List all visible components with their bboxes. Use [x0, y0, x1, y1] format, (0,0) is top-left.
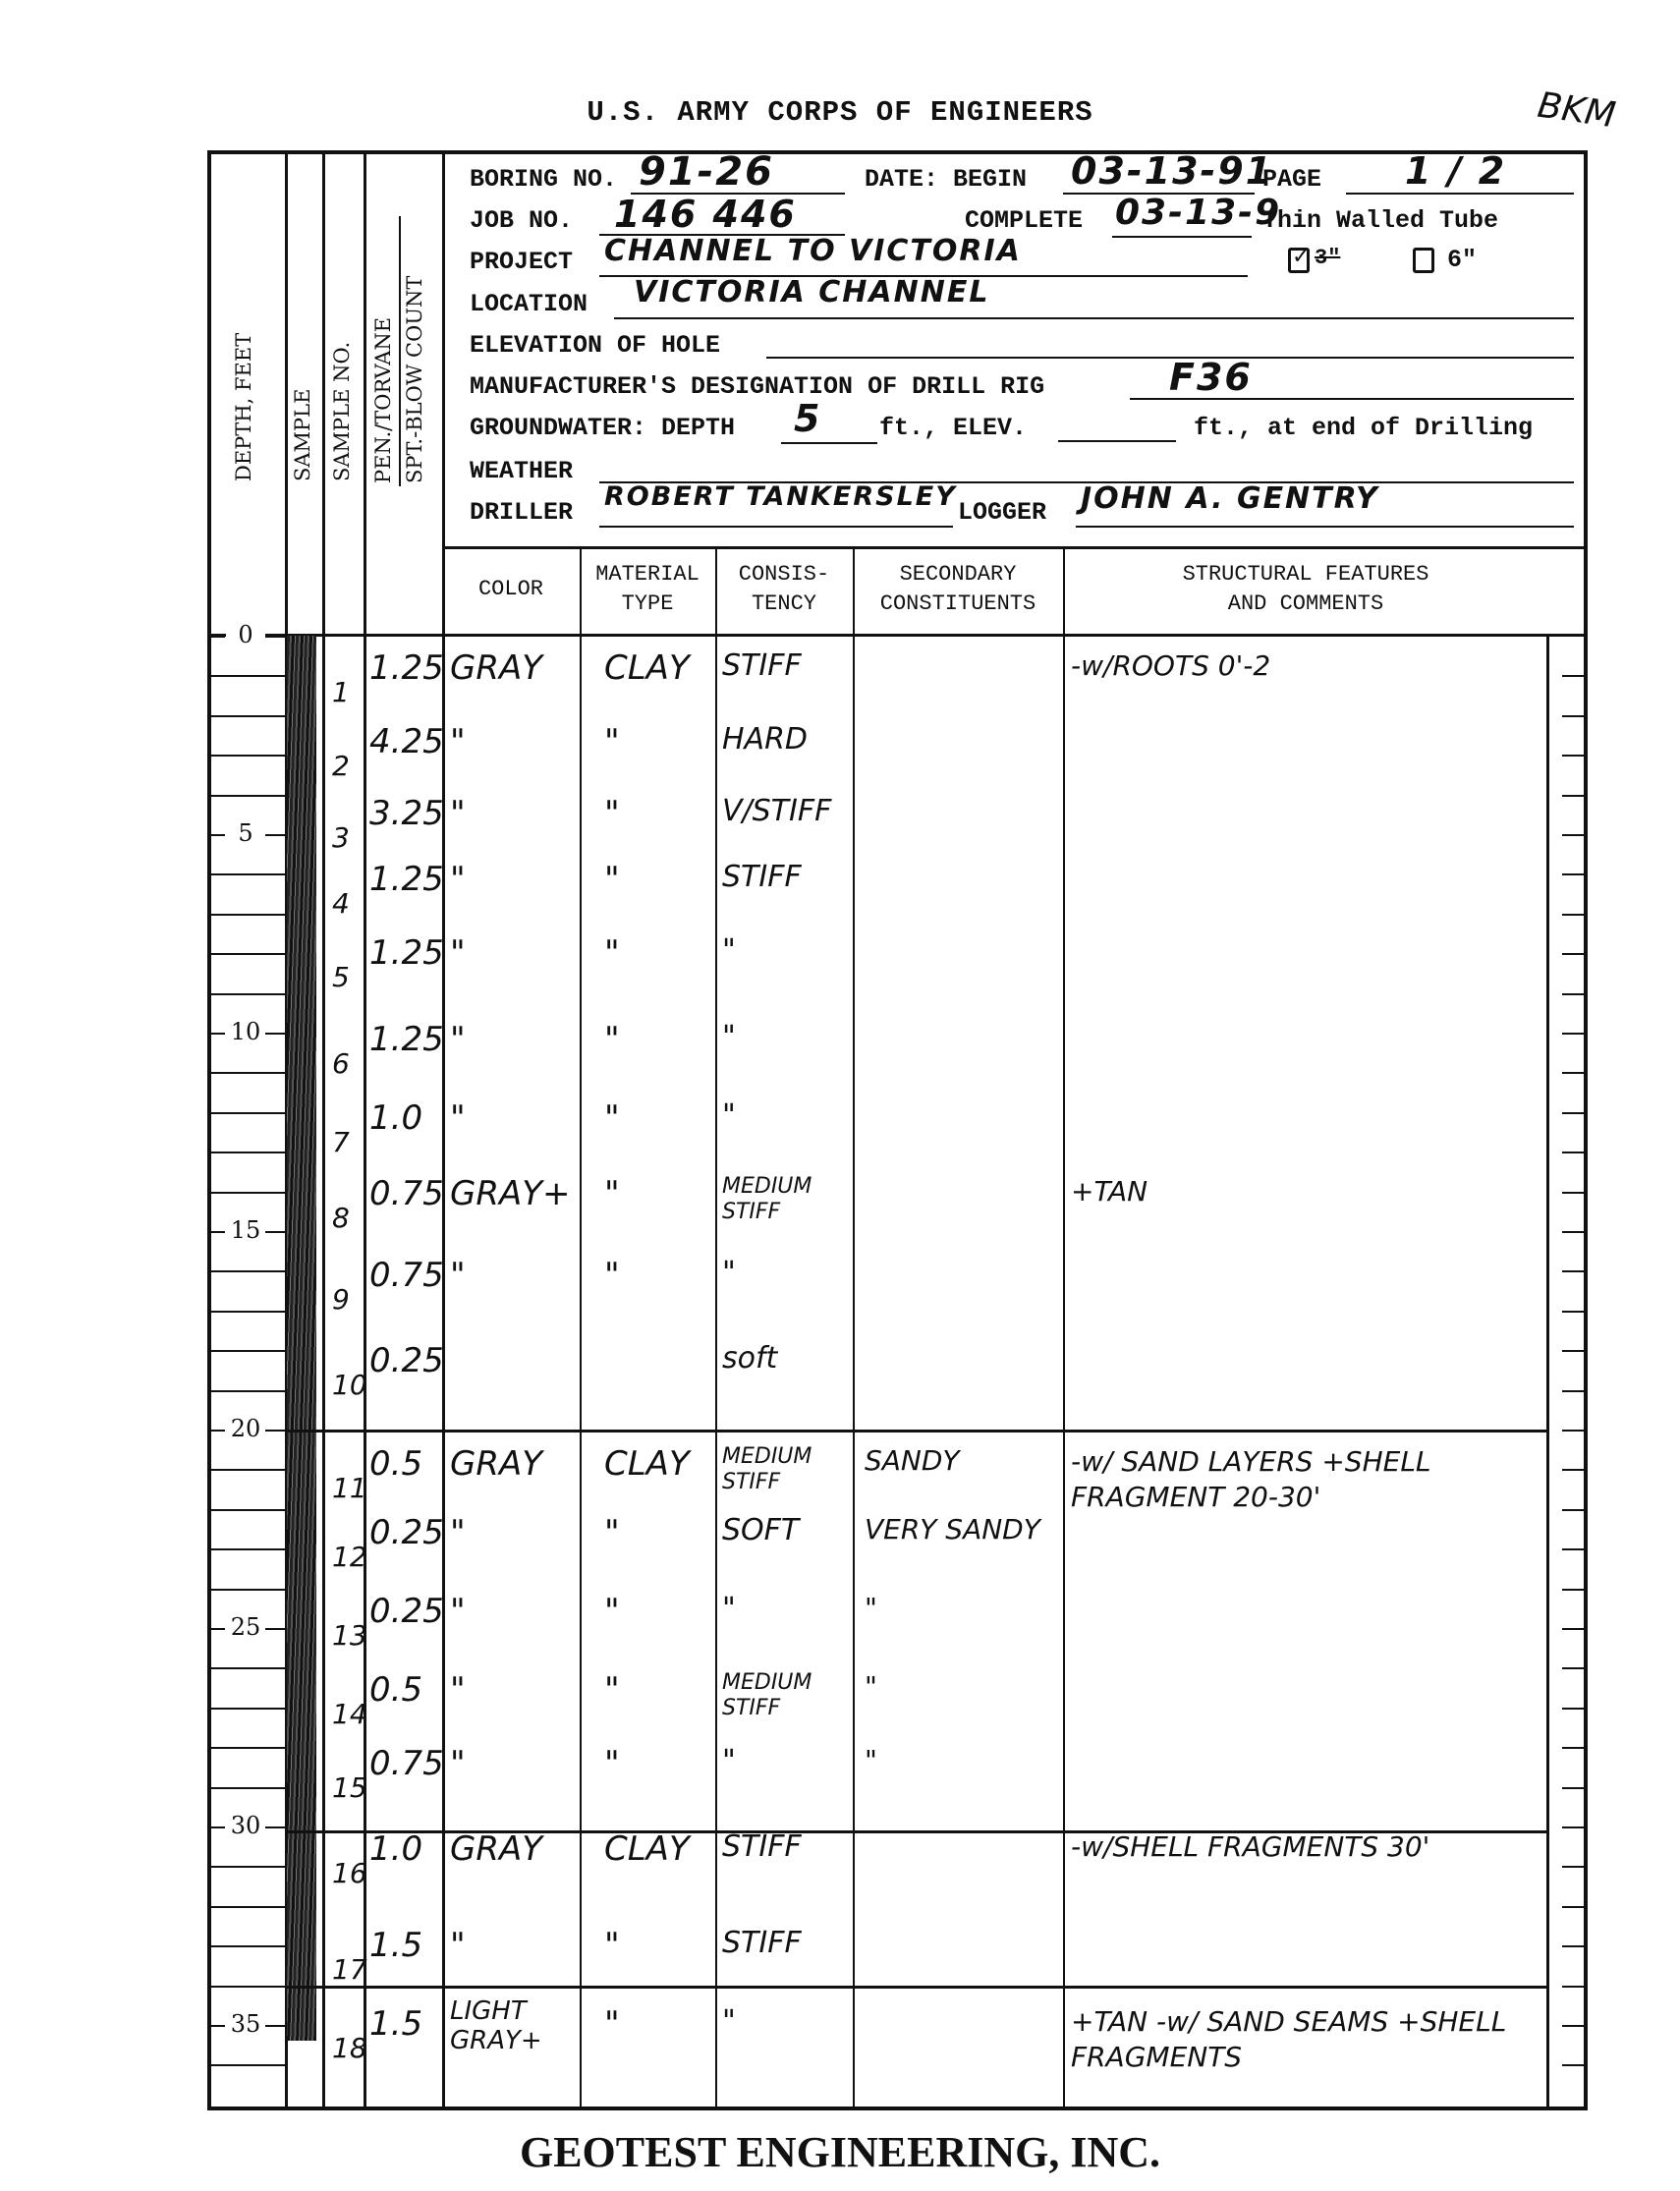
location-underline [614, 317, 1574, 319]
sample-number: 2 [332, 750, 350, 782]
color-value[interactable]: GRAY [450, 1444, 542, 1484]
sample-number: 4 [332, 887, 350, 920]
depth-major-tick [265, 834, 285, 836]
weather-label: WEATHER [470, 457, 573, 485]
pen-value[interactable]: 1.25 [369, 648, 444, 688]
right-scale-tick [1562, 2064, 1588, 2066]
depth-major-tick [265, 2025, 285, 2027]
depth-tick [209, 715, 285, 717]
col-header-comments: STRUCTURAL FEATURES AND COMMENTS [1065, 560, 1546, 619]
secondary-value[interactable]: " [865, 1744, 877, 1776]
date-begin-label: DATE: BEGIN [865, 165, 1027, 194]
right-scale-tick [1562, 1311, 1588, 1313]
right-scale-tick [1562, 914, 1588, 916]
pen-value[interactable]: 0.25 [369, 1592, 444, 1631]
right-scale-tick [1562, 834, 1588, 836]
color-value[interactable]: " [450, 1926, 466, 1965]
comments-value[interactable]: -w/ROOTS 0'-2 [1071, 648, 1533, 684]
color-value[interactable]: " [450, 1020, 466, 1059]
material-value[interactable]: " [604, 860, 620, 899]
company-footer: GEOTEST ENGINEERING, INC. [0, 2127, 1680, 2177]
right-scale-tick [1562, 1270, 1588, 1272]
secondary-value[interactable]: SANDY [865, 1444, 960, 1477]
right-scale-tick [1562, 1350, 1588, 1352]
sample-number: 13 [332, 1619, 367, 1652]
pen-value[interactable]: 1.25 [369, 1020, 444, 1059]
boring-no-label: BORING NO. [470, 165, 617, 194]
location-label: LOCATION [470, 290, 588, 318]
depth-tick [209, 1192, 285, 1194]
depth-label: 30 [226, 1812, 265, 1839]
divider-color-material [580, 546, 582, 2110]
material-value[interactable]: " [604, 1926, 620, 1965]
consistency-value[interactable]: STIFF [722, 1829, 802, 1864]
sample-number: 12 [332, 1541, 367, 1573]
sample-column-header: SAMPLE [291, 389, 314, 481]
depth-tick [209, 1747, 285, 1749]
spt-blow-count-header: SPT.-BLOW COUNT [403, 276, 426, 483]
driller-underline [599, 526, 953, 528]
complete-label: COMPLETE [965, 206, 1083, 235]
right-scale-tick [1562, 795, 1588, 797]
depth-tick [209, 2064, 285, 2066]
consistency-value[interactable]: " [722, 933, 736, 968]
depth-major-tick [209, 834, 225, 836]
material-value[interactable]: " [604, 794, 620, 833]
col-header-consistency-line1: CONSIS- [717, 560, 851, 590]
color-value[interactable]: " [450, 1592, 466, 1631]
stratum-boundary [285, 1430, 1546, 1433]
depth-label: 0 [226, 621, 265, 648]
logger-value[interactable]: JOHN A. GENTRY [1081, 481, 1379, 516]
material-value[interactable]: CLAY [604, 1444, 690, 1484]
divider-right-scale [1546, 634, 1549, 2110]
col-header-secondary-line1: SECONDARY [855, 560, 1061, 590]
material-value[interactable]: " [604, 1670, 620, 1710]
sample-number: 14 [332, 1698, 367, 1730]
consistency-value[interactable]: HARD [722, 722, 808, 757]
color-value[interactable]: " [450, 722, 466, 761]
depth-major-tick [209, 1826, 225, 1828]
consistency-value[interactable]: SOFT [722, 1513, 799, 1547]
logger-underline [1076, 526, 1574, 528]
depth-major-tick [209, 636, 225, 638]
depth-major-tick [265, 636, 285, 638]
header-row-top [442, 546, 1588, 549]
consistency-value[interactable]: " [722, 1256, 736, 1290]
right-scale-tick [1562, 993, 1588, 995]
right-scale-tick [1562, 1192, 1588, 1194]
pen-value[interactable]: 0.75 [369, 1174, 444, 1213]
job-no-value[interactable]: 146 446 [614, 193, 797, 236]
consistency-value[interactable]: MEDIUM STIFF [722, 1444, 855, 1495]
color-value[interactable]: " [450, 933, 466, 973]
sample-number: 10 [332, 1369, 367, 1401]
location-value[interactable]: VICTORIA CHANNEL [634, 275, 989, 309]
divider-secondary-comments [1063, 546, 1065, 2110]
col-header-material-line2: TYPE [582, 590, 713, 619]
material-value[interactable]: " [604, 1098, 620, 1138]
consistency-value[interactable]: STIFF [722, 860, 802, 894]
tube-6in-label: 6" [1447, 246, 1477, 274]
depth-major-tick [209, 1628, 225, 1630]
depth-major-tick [265, 1231, 285, 1233]
depth-tick [209, 1152, 285, 1153]
divider-pen-main [442, 150, 445, 2110]
drill-rig-value[interactable]: F36 [1169, 356, 1253, 399]
elevation-label: ELEVATION OF HOLE [470, 331, 720, 360]
groundwater-label: GROUNDWATER: DEPTH [470, 414, 735, 442]
right-scale-tick [1562, 1708, 1588, 1710]
depth-tick [209, 1589, 285, 1591]
sample-number: 5 [332, 961, 350, 993]
sample-number: 7 [332, 1126, 350, 1158]
sample-number: 1 [332, 676, 350, 708]
pen-value[interactable]: 1.5 [369, 2004, 422, 2044]
depth-tick [209, 1390, 285, 1392]
tube-6in-checkbox[interactable] [1413, 248, 1434, 273]
depth-major-tick [265, 1628, 285, 1630]
depth-major-tick [209, 1430, 225, 1432]
depth-major-tick [209, 1033, 225, 1035]
color-value[interactable]: GRAY+ [450, 1174, 571, 1213]
consistency-value[interactable]: soft [722, 1341, 777, 1376]
driller-value[interactable]: ROBERT TANKERSLEY [604, 481, 957, 512]
col-header-color: COLOR [444, 575, 578, 604]
depth-major-tick [209, 1231, 225, 1233]
right-scale-tick [1562, 715, 1588, 717]
right-scale-tick [1562, 1231, 1588, 1233]
sample-number: 15 [332, 1771, 367, 1804]
col-header-comments-line1: STRUCTURAL FEATURES [1065, 560, 1546, 590]
material-value[interactable]: " [604, 1513, 620, 1552]
divider-sample-sampleno [322, 150, 325, 2110]
depth-tick [209, 1787, 285, 1789]
right-scale-tick [1562, 1430, 1588, 1432]
depth-tick [209, 755, 285, 757]
col-header-consistency-line2: TENCY [717, 590, 851, 619]
consistency-value[interactable]: STIFF [722, 648, 802, 683]
complete-value[interactable]: 03-13-9 [1115, 193, 1281, 233]
depth-label: 35 [226, 2010, 265, 2038]
sample-number: 3 [332, 821, 350, 854]
sample-no-column-header: SAMPLE NO. [330, 342, 354, 481]
depth-tick [209, 1548, 285, 1550]
right-scale-tick [1562, 1509, 1588, 1511]
material-value[interactable]: " [604, 722, 620, 761]
agency-title: U.S. ARMY CORPS OF ENGINEERS [0, 96, 1680, 129]
depth-tick [209, 1311, 285, 1313]
depth-tick [209, 1906, 285, 1908]
color-value[interactable]: LIGHT GRAY+ [450, 1996, 578, 2055]
pen-value[interactable]: 0.5 [369, 1670, 422, 1710]
material-value[interactable]: " [604, 1592, 620, 1631]
depth-major-tick [209, 2025, 225, 2027]
pen-value[interactable]: 0.25 [369, 1341, 444, 1380]
driller-label: DRILLER [470, 498, 573, 527]
consistency-value[interactable]: " [722, 1098, 736, 1133]
col-header-comments-line2: AND COMMENTS [1065, 590, 1546, 619]
pen-value[interactable]: 0.25 [369, 1513, 444, 1552]
consistency-value[interactable]: STIFF [722, 1926, 802, 1960]
depth-column-header: DEPTH, FEET [232, 333, 255, 481]
job-no-label: JOB NO. [470, 206, 573, 235]
depth-tick [209, 953, 285, 955]
divider-sampleno-pen [364, 150, 366, 2110]
color-value[interactable]: " [450, 1513, 466, 1552]
right-scale-tick [1562, 675, 1588, 677]
color-value[interactable]: " [450, 1670, 466, 1710]
tube-3in-checkbox[interactable]: ✓ [1288, 248, 1310, 273]
drill-rig-underline [1130, 398, 1574, 400]
consistency-value[interactable]: " [722, 1592, 736, 1626]
sample-number: 8 [332, 1202, 350, 1234]
page-value[interactable]: 1 / 2 [1405, 149, 1506, 193]
color-value[interactable]: GRAY [450, 648, 542, 688]
logger-label: LOGGER [958, 498, 1046, 527]
depth-label: 20 [226, 1415, 265, 1442]
sample-number: 17 [332, 1953, 367, 1986]
stratum-boundary [285, 1986, 1546, 1989]
material-value[interactable]: CLAY [604, 648, 690, 688]
right-scale-tick [1562, 1589, 1588, 1591]
right-scale-tick [1562, 1986, 1588, 1988]
pen-value[interactable]: 1.5 [369, 1926, 422, 1965]
divider-material-consistency [715, 546, 717, 2110]
material-value[interactable]: " [604, 2004, 620, 2044]
depth-label: 15 [226, 1216, 265, 1244]
consistency-value[interactable]: V/STIFF [722, 794, 831, 828]
material-value[interactable]: " [604, 1744, 620, 1783]
col-header-material: MATERIAL TYPE [582, 560, 713, 619]
depth-tick [209, 873, 285, 875]
material-value[interactable]: " [604, 933, 620, 973]
boring-no-value[interactable]: 91-26 [639, 149, 774, 195]
right-scale-tick [1562, 873, 1588, 875]
depth-label: 5 [226, 819, 265, 847]
right-scale-tick [1562, 1112, 1588, 1114]
depth-tick [209, 1469, 285, 1471]
pen-value[interactable]: 0.75 [369, 1256, 444, 1295]
pen-spt-divider [399, 216, 401, 486]
project-label: PROJECT [470, 248, 573, 276]
right-scale-tick [1562, 1072, 1588, 1074]
groundwater-depth-value[interactable]: 5 [794, 397, 821, 440]
pen-torvane-header: PEN./TORVANE [371, 317, 395, 483]
date-begin-value[interactable]: 03-13-91 [1071, 149, 1273, 193]
col-header-consistency: CONSIS- TENCY [717, 560, 851, 619]
col-header-secondary-line2: CONSTITUENTS [855, 590, 1061, 619]
depth-major-tick [265, 1033, 285, 1035]
right-scale-tick [1562, 755, 1588, 757]
right-scale-tick [1562, 2025, 1588, 2027]
right-scale-tick [1562, 1628, 1588, 1630]
right-scale-tick [1562, 953, 1588, 955]
col-header-secondary: SECONDARY CONSTITUENTS [855, 560, 1061, 619]
color-value[interactable]: GRAY [450, 1829, 542, 1869]
right-scale-tick [1562, 1747, 1588, 1749]
pen-value[interactable]: 0.5 [369, 1444, 422, 1484]
depth-major-tick [265, 1826, 285, 1828]
comments-value[interactable]: -w/ SAND LAYERS +SHELL FRAGMENT 20-30' [1071, 1444, 1533, 1515]
depth-tick [209, 1270, 285, 1272]
comments-value[interactable]: -w/SHELL FRAGMENTS 30' [1071, 1829, 1533, 1865]
depth-tick [209, 993, 285, 995]
consistency-value[interactable]: " [722, 1020, 736, 1054]
page-underline [1346, 193, 1574, 195]
comments-value[interactable]: +TAN [1071, 1174, 1533, 1209]
tube-3in-label: 3" [1315, 246, 1340, 270]
depth-tick [209, 1350, 285, 1352]
depth-tick [209, 795, 285, 797]
depth-tick [209, 1866, 285, 1868]
consistency-value[interactable]: " [722, 1744, 736, 1778]
right-scale-tick [1562, 1390, 1588, 1392]
secondary-value[interactable]: " [865, 1670, 877, 1703]
pen-value[interactable]: 0.75 [369, 1744, 444, 1783]
right-scale-tick [1562, 1667, 1588, 1669]
comments-value[interactable]: +TAN -w/ SAND SEAMS +SHELL FRAGMENTS [1071, 2004, 1533, 2075]
depth-label: 25 [226, 1613, 265, 1641]
color-value[interactable]: " [450, 1744, 466, 1783]
sample-number: 9 [332, 1283, 350, 1316]
pen-value[interactable]: 1.0 [369, 1098, 422, 1138]
pen-value[interactable]: 1.25 [369, 860, 444, 899]
sample-number: 11 [332, 1472, 367, 1504]
depth-tick [209, 1667, 285, 1669]
pen-value[interactable]: 1.0 [369, 1829, 422, 1869]
consistency-value[interactable]: " [722, 2004, 736, 2039]
right-scale-tick [1562, 1548, 1588, 1550]
right-scale-tick [1562, 1826, 1588, 1828]
depth-major-tick [265, 1430, 285, 1432]
page-label: PAGE [1262, 165, 1321, 194]
header-row-bottom [207, 634, 1588, 637]
sample-number: 6 [332, 1047, 350, 1080]
secondary-value[interactable]: " [865, 1592, 877, 1624]
right-scale-tick [1562, 1866, 1588, 1868]
color-value[interactable]: " [450, 1098, 466, 1138]
drill-rig-label: MANUFACTURER'S DESIGNATION OF DRILL RIG [470, 372, 1044, 401]
material-value[interactable]: " [604, 1174, 620, 1213]
groundwater-depth-underline [781, 442, 877, 444]
depth-tick [209, 675, 285, 677]
material-value[interactable]: " [604, 1256, 620, 1295]
material-value[interactable]: CLAY [604, 1829, 690, 1869]
color-value[interactable]: " [450, 1256, 466, 1295]
right-scale-tick [1562, 1152, 1588, 1153]
sample-number: 16 [332, 1857, 367, 1889]
depth-tick [209, 1509, 285, 1511]
depth-tick [209, 1072, 285, 1074]
ft-elev-label: ft., ELEV. [879, 414, 1027, 442]
secondary-value[interactable]: VERY SANDY [865, 1513, 1040, 1545]
color-value[interactable]: " [450, 860, 466, 899]
depth-label: 10 [226, 1018, 265, 1045]
consistency-value[interactable]: MEDIUM STIFF [722, 1670, 855, 1721]
col-header-material-line1: MATERIAL [582, 560, 713, 590]
right-scale-tick [1562, 1787, 1588, 1789]
right-scale-tick [1562, 1945, 1588, 1947]
right-scale-tick [1562, 1469, 1588, 1471]
material-value[interactable]: " [604, 1020, 620, 1059]
pen-value[interactable]: 3.25 [369, 794, 444, 833]
sample-number: 18 [332, 2032, 367, 2064]
complete-underline [1112, 236, 1252, 238]
end-of-drilling-label: ft., at end of Drilling [1194, 414, 1533, 442]
pen-value[interactable]: 1.25 [369, 933, 444, 973]
depth-tick [209, 914, 285, 916]
tube-label: Thin Walled Tube [1262, 206, 1498, 235]
depth-tick [209, 1708, 285, 1710]
color-value[interactable]: " [450, 794, 466, 833]
right-scale-tick [1562, 1033, 1588, 1035]
consistency-value[interactable]: MEDIUM STIFF [722, 1174, 855, 1225]
divider-consistency-secondary [853, 546, 855, 2110]
right-scale-tick [1562, 1906, 1588, 1908]
depth-tick [209, 1112, 285, 1114]
depth-tick [209, 1945, 285, 1947]
pen-value[interactable]: 4.25 [369, 722, 444, 761]
project-value[interactable]: CHANNEL TO VICTORIA [604, 234, 1022, 268]
groundwater-elev-underline [1058, 440, 1176, 442]
depth-tick [209, 1986, 285, 1988]
